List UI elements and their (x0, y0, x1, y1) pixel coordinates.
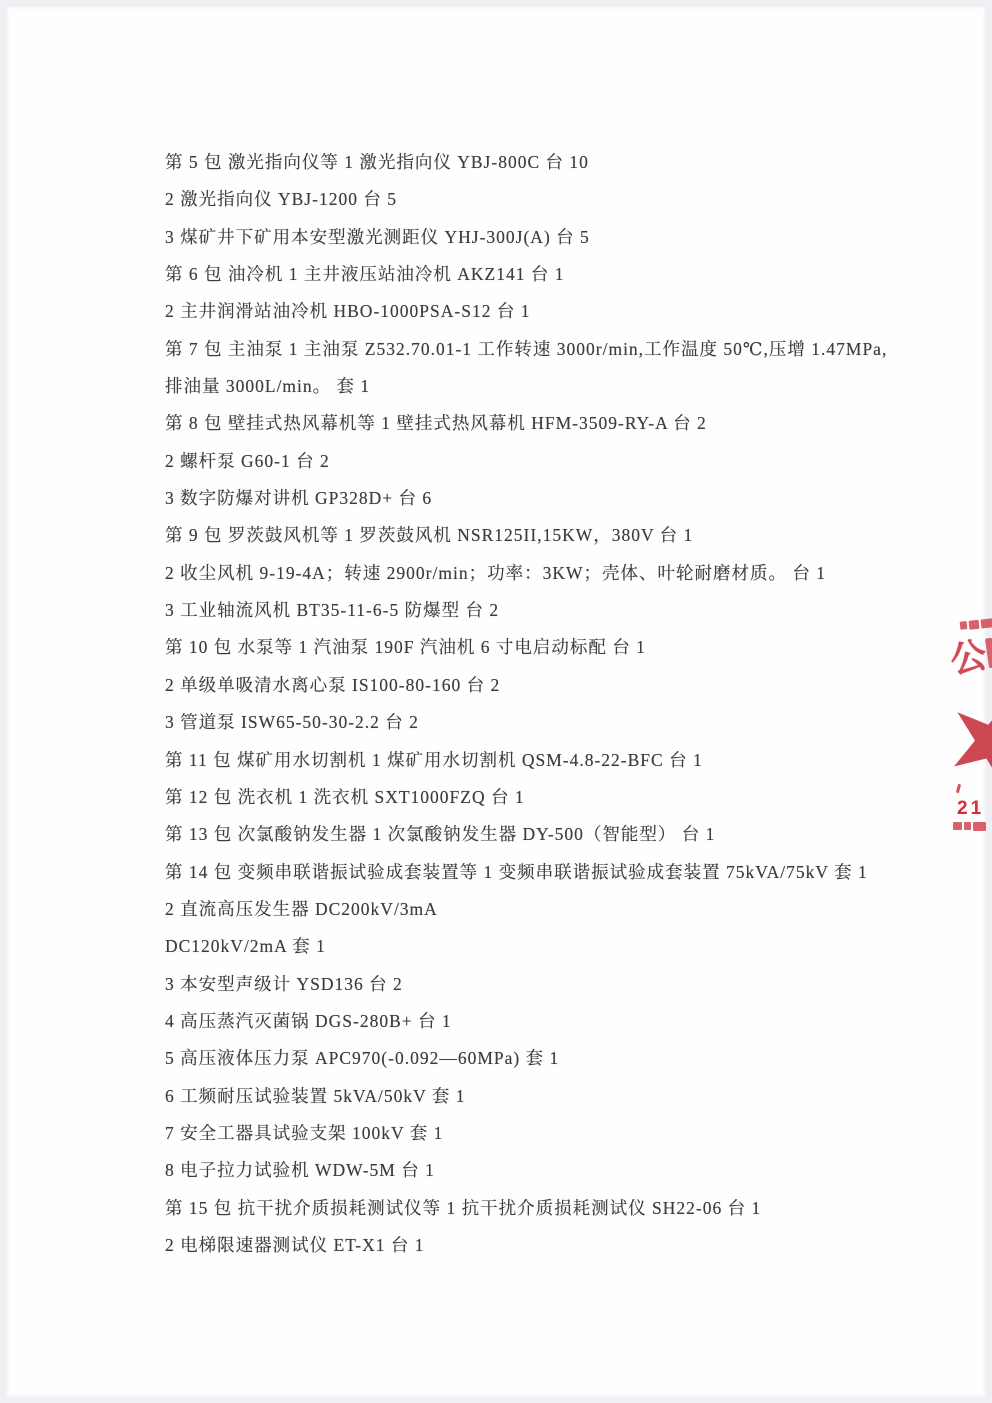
document-line: 6 工频耐压试验装置 5kVA/50kV 套 1 (165, 1078, 865, 1115)
stamp-text-fragment-bottom (953, 822, 986, 831)
document-line: 第 7 包 主油泵 1 主油泵 Z532.70.01-1 工作转速 3000r/… (165, 331, 865, 368)
document-line: 第 15 包 抗干扰介质损耗测试仪等 1 抗干扰介质损耗测试仪 SH22-06 … (165, 1190, 865, 1227)
document-line: 排油量 3000L/min。 套 1 (165, 368, 865, 405)
document-body: 第 5 包 激光指向仪等 1 激光指向仪 YBJ-800C 台 10 2 激光指… (165, 144, 865, 1264)
document-line: 2 主井润滑站油冷机 HBO-1000PSA-S12 台 1 (165, 293, 865, 330)
document-line: 第 10 包 水泵等 1 汽油泵 190F 汽油机 6 寸电启动标配 台 1 (165, 629, 865, 666)
document-line: 2 螺杆泵 G60-1 台 2 (165, 443, 865, 480)
document-line: 第 11 包 煤矿用水切割机 1 煤矿用水切割机 QSM-4.8-22-BFC … (165, 742, 865, 779)
document-line: 第 8 包 壁挂式热风幕机等 1 壁挂式热风幕机 HFM-3509-RY-A 台… (165, 405, 865, 442)
document-line: DC120kV/2mA 套 1 (165, 928, 865, 965)
document-line: 第 6 包 油冷机 1 主井液压站油冷机 AKZ141 台 1 (165, 256, 865, 293)
document-line: 3 数字防爆对讲机 GP328D+ 台 6 (165, 480, 865, 517)
document-line: 第 14 包 变频串联谐振试验成套装置等 1 变频串联谐振试验成套装置 75kV… (165, 854, 865, 891)
document-line: 2 收尘风机 9-19-4A；转速 2900r/min；功率：3KW；壳体、叶轮… (165, 555, 865, 592)
document-line: 4 高压蒸汽灭菌锅 DGS-280B+ 台 1 (165, 1003, 865, 1040)
stamp-star-icon (933, 682, 992, 802)
document-line: 2 电梯限速器测试仪 ET-X1 台 1 (165, 1227, 865, 1264)
document-line: 5 高压液体压力泵 APC970(-0.092—60MPa) 套 1 (165, 1040, 865, 1077)
stamp-page-number: 21 (957, 798, 984, 820)
document-line: 2 直流高压发生器 DC200kV/3mA (165, 891, 865, 928)
document-line: 第 12 包 洗衣机 1 洗衣机 SXT1000FZQ 台 1 (165, 779, 865, 816)
document-line: 3 本安型声级计 YSD136 台 2 (165, 966, 865, 1003)
document-line: 8 电子拉力试验机 WDW-5M 台 1 (165, 1152, 865, 1189)
document-line: 3 煤矿井下矿用本安型激光测距仪 YHJ-300J(A) 台 5 (165, 219, 865, 256)
document-line: 第 9 包 罗茨鼓风机等 1 罗茨鼓风机 NSR125II,15KW，380V … (165, 517, 865, 554)
document-line: 3 工业轴流风机 BT35-11-6-5 防爆型 台 2 (165, 592, 865, 629)
document-line: 第 5 包 激光指向仪等 1 激光指向仪 YBJ-800C 台 10 (165, 144, 865, 181)
document-line: 第 13 包 次氯酸钠发生器 1 次氯酸钠发生器 DY-500（智能型） 台 1 (165, 816, 865, 853)
official-seal-stamp: 公 21 (946, 612, 992, 844)
document-line: 7 安全工器具试验支架 100kV 套 1 (165, 1115, 865, 1152)
stamp-mark (956, 784, 961, 793)
stamp-seal-character: 公 (945, 627, 991, 684)
document-line: 3 管道泵 ISW65-50-30-2.2 台 2 (165, 704, 865, 741)
document-line: 2 激光指向仪 YBJ-1200 台 5 (165, 181, 865, 218)
document-line: 2 单级单吸清水离心泵 IS100-80-160 台 2 (165, 667, 865, 704)
